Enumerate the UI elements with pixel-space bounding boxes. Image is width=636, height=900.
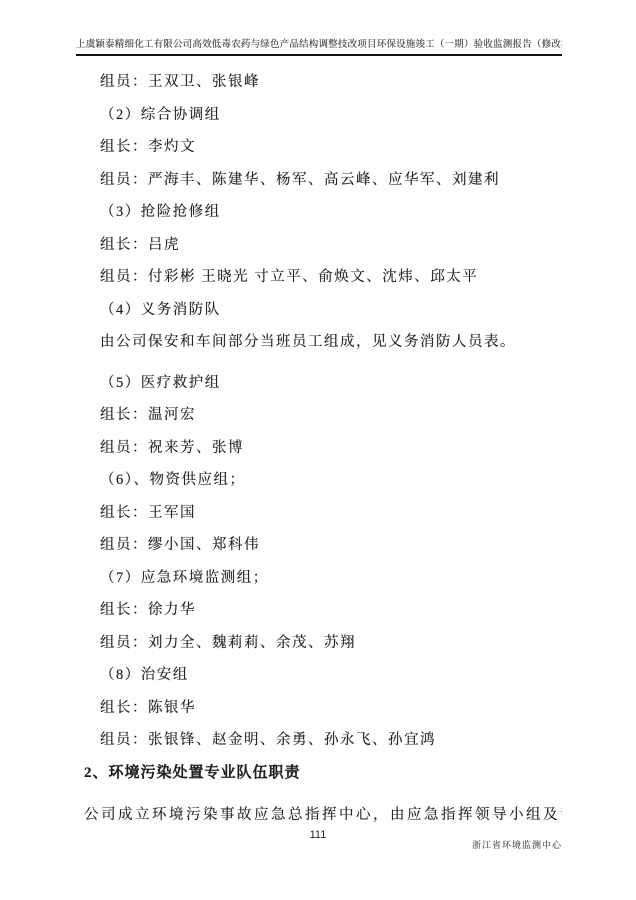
body-line: （2）综合协调组 bbox=[76, 99, 562, 132]
body-line: （4）义务消防队 bbox=[76, 294, 562, 327]
body-line: （7）应急环境监测组； bbox=[76, 562, 562, 595]
body-line: （3）抢险抢修组 bbox=[76, 196, 562, 229]
body-line: 组长：吕虎 bbox=[76, 229, 562, 262]
body-line: （5）医疗救护组 bbox=[76, 367, 562, 400]
body-line: 组员：王双卫、张银峰 bbox=[76, 66, 562, 99]
section-heading: 2、环境污染处置专业队伍职责 bbox=[76, 757, 562, 790]
body-line: （8）治安组 bbox=[76, 659, 562, 692]
body-line: 组员：刘力全、魏莉莉、余茂、苏翔 bbox=[76, 627, 562, 660]
body-line: 组员：付彩彬 王晓光 寸立平、俞焕文、沈炜、邱太平 bbox=[76, 261, 562, 294]
body-line: 组员：张银锋、赵金明、余勇、孙永飞、孙宜鸿 bbox=[76, 724, 562, 757]
body-line: 组员：严海丰、陈建华、杨军、高云峰、应华军、刘建利 bbox=[76, 164, 562, 197]
body-line: （6）、物资供应组； bbox=[76, 464, 562, 497]
body-line: 组长：温河宏 bbox=[76, 399, 562, 432]
body-line: 组员：缪小国、郑科伟 bbox=[76, 529, 562, 562]
document-header-title: 上虞颖泰精细化工有限公司高效低毒农药与绿色产品结构调整技改项目环保设施竣工（一期… bbox=[76, 36, 562, 56]
body-line: 组长：陈银华 bbox=[76, 692, 562, 725]
body-line: 组员：祝来芳、张博 bbox=[76, 432, 562, 465]
body-line: 组长：李灼文 bbox=[76, 131, 562, 164]
body-line: 组长：徐力华 bbox=[76, 594, 562, 627]
body-line: 公司成立环境污染事故应急总指挥中心，由应急指挥领导小组及专业应急 bbox=[76, 799, 562, 832]
document-page: 上虞颖泰精细化工有限公司高效低毒农药与绿色产品结构调整技改项目环保设施竣工（一期… bbox=[0, 0, 636, 900]
body-line: 组长：王军国 bbox=[76, 497, 562, 530]
body-line: 由公司保安和车间部分当班员工组成，见义务消防人员表。 bbox=[76, 326, 562, 359]
footer-organization: 浙江省环境监测中心 bbox=[472, 838, 562, 851]
document-body: 组员：王双卫、张银峰 （2）综合协调组 组长：李灼文 组员：严海丰、陈建华、杨军… bbox=[76, 66, 562, 832]
